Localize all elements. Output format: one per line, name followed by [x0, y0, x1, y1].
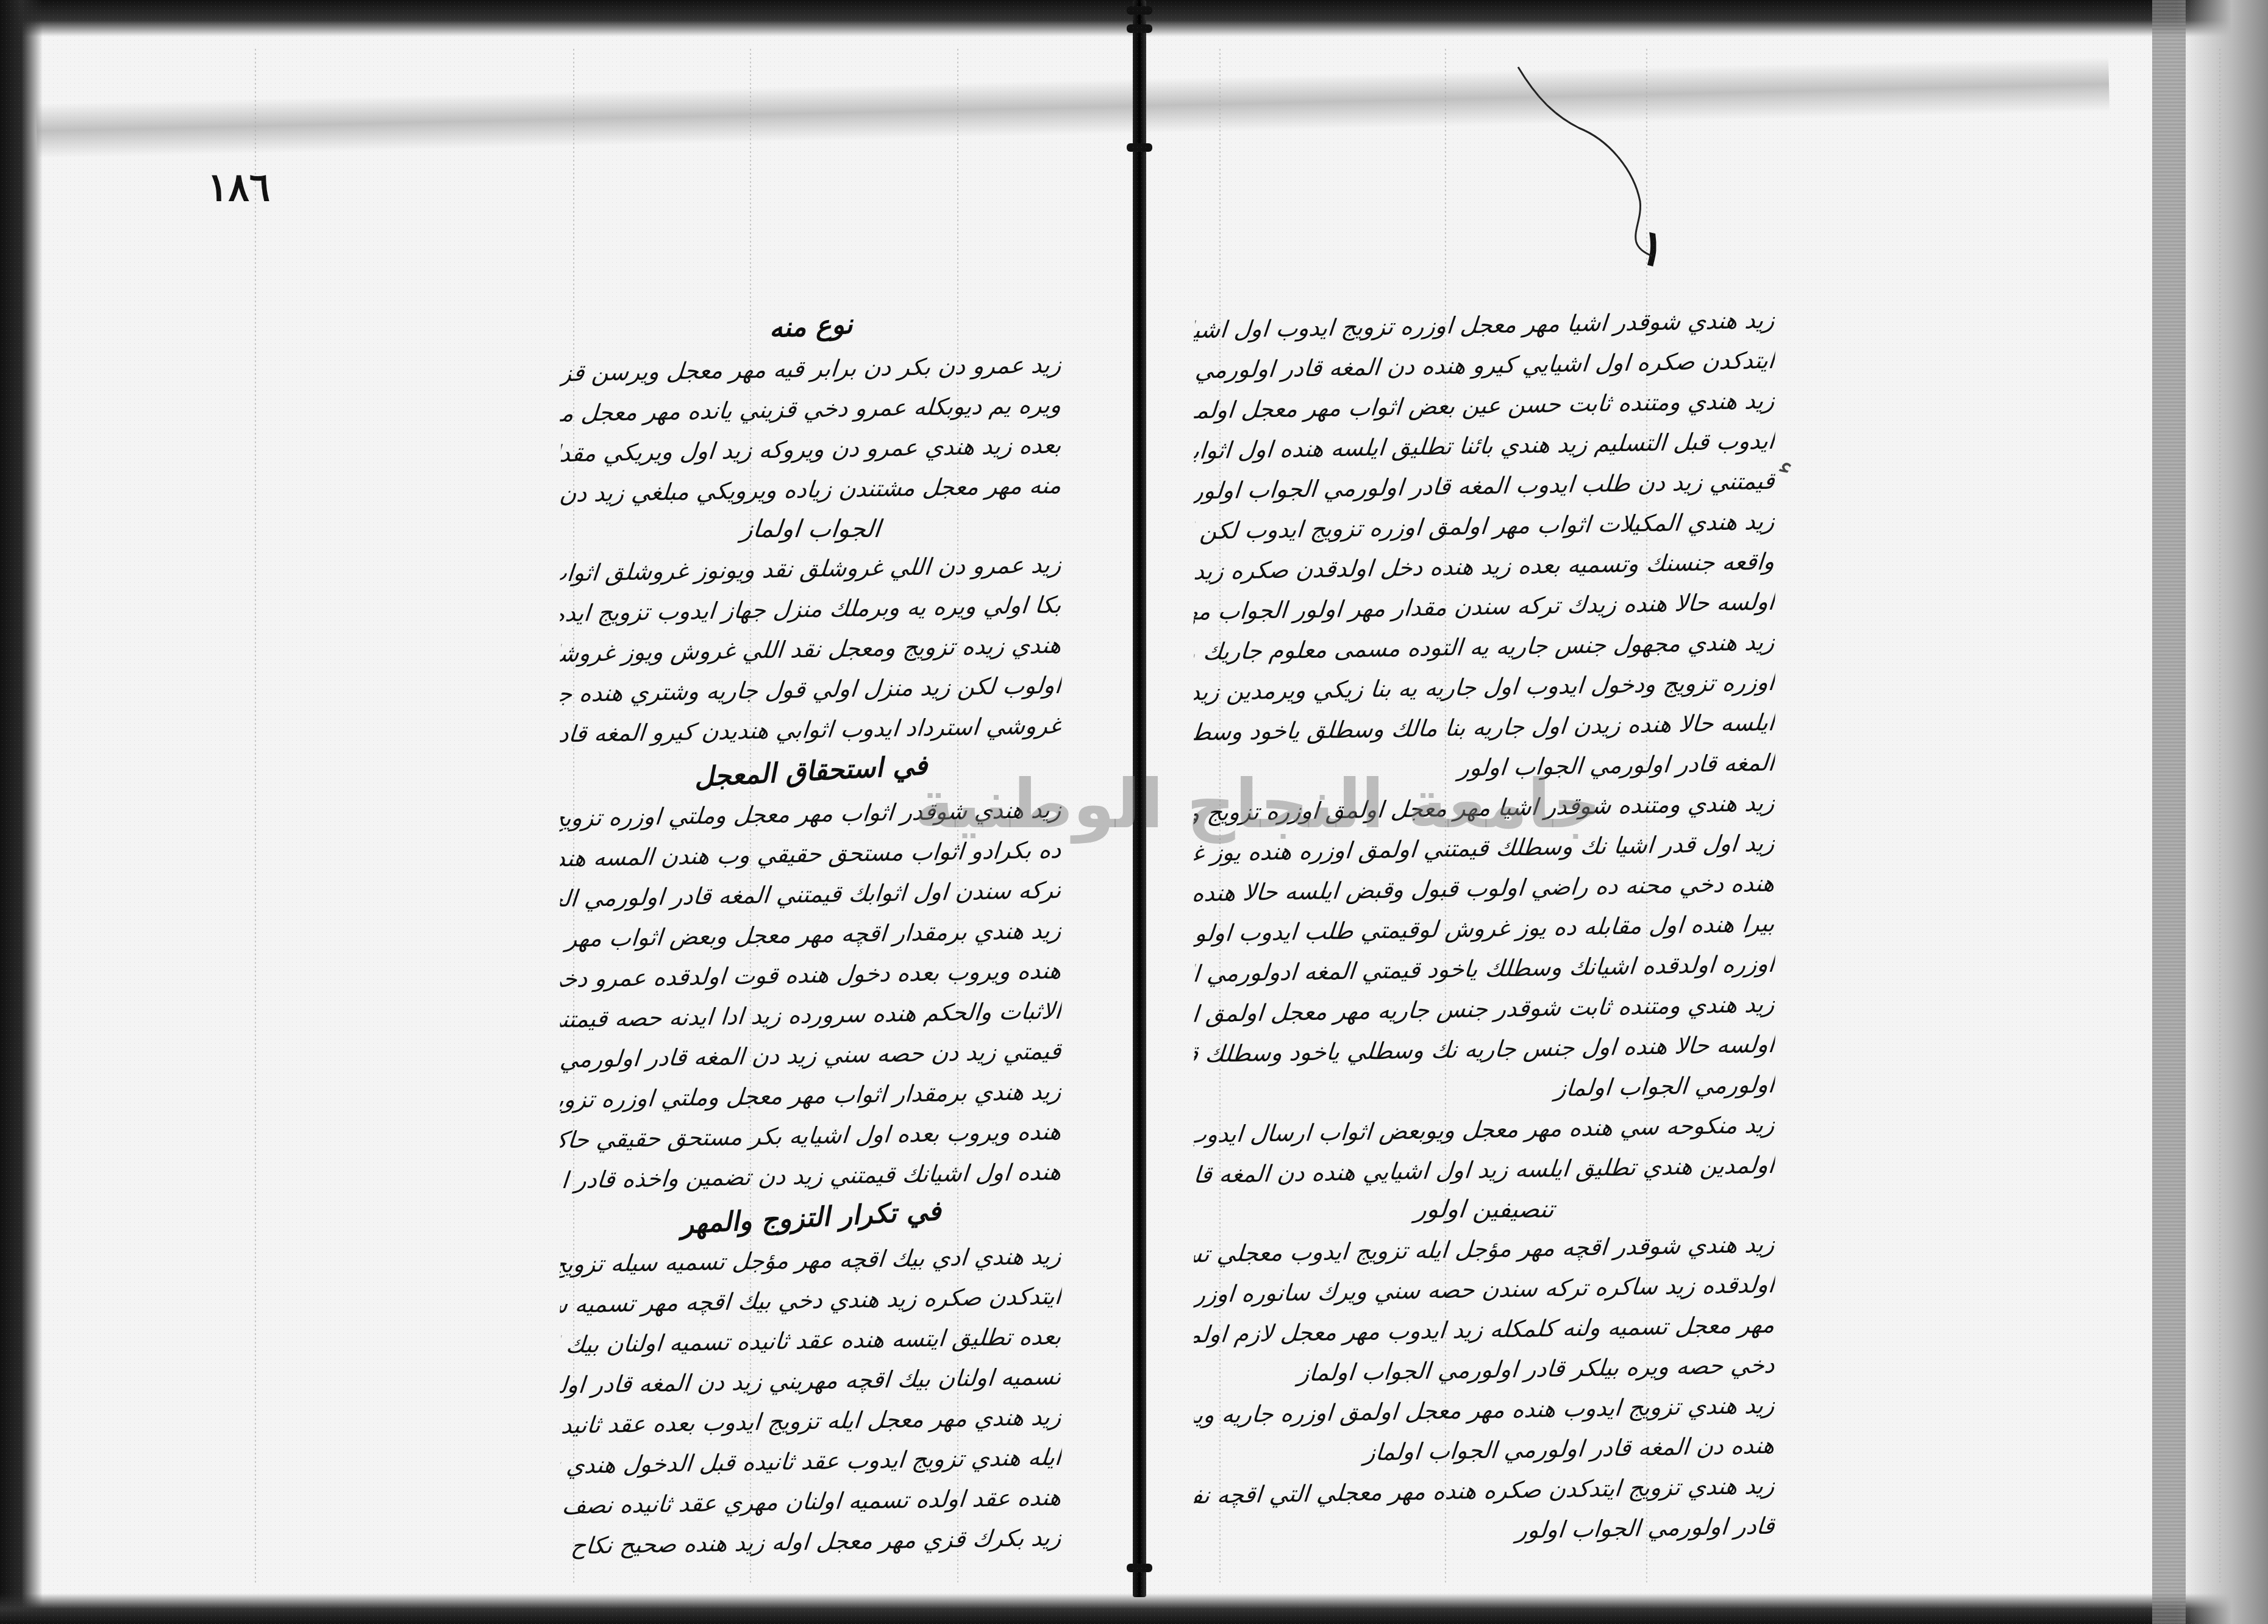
ruled-line	[2219, 49, 2220, 1585]
spine-knot	[1127, 1564, 1152, 1572]
answer-line: الجواب اولماز	[559, 510, 1063, 549]
spine-knot	[1127, 6, 1152, 15]
pencil-mark: ء	[1772, 451, 1800, 483]
spine-knot	[1127, 24, 1152, 33]
text-line: زيد بكرك قزي مهر معجل اوله زيد هنده صحيح…	[558, 1517, 1063, 1566]
stray-thread-icon	[1512, 61, 1664, 262]
text-line: تنصيفين اولور	[1193, 1190, 1777, 1229]
ruled-line	[255, 49, 256, 1585]
manuscript-scan: ١٨٦ ١ ء نوع منه زيد عمرو دن بكر دن برابر…	[0, 0, 2268, 1624]
text-line: منه مهر معجل مشتندن زياده ويرويكي مبلغي …	[558, 465, 1063, 514]
film-border-left	[0, 0, 43, 1624]
spine-knot	[1127, 143, 1152, 152]
film-strip-right	[2152, 0, 2186, 1624]
film-border-right	[2177, 0, 2268, 1624]
right-page-text: زيد هندي شوقدر اشيا مهر معجل اوزره تزويج…	[1195, 305, 1774, 1551]
paper-fold-band	[36, 57, 2109, 158]
left-page-text: نوع منه زيد عمرو دن بكر دن برابر قيه مهر…	[561, 305, 1061, 1562]
film-border-bottom	[0, 1594, 2268, 1624]
watermark: جامعة النجاح الوطنية	[915, 765, 1601, 843]
page-number: ١٨٦	[207, 165, 270, 210]
